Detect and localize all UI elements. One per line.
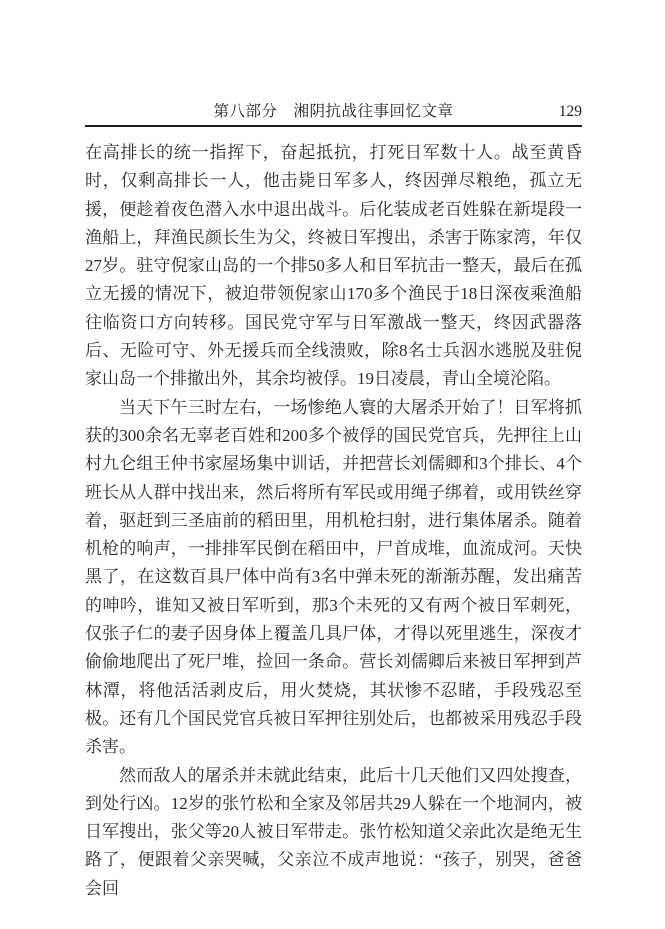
running-header: 第八部分 湘阴抗战往事回忆文章 129 [85, 100, 582, 124]
book-page: 第八部分 湘阴抗战往事回忆文章 129 在高排长的统一指挥下，奋起抵抗，打死日军… [0, 0, 665, 929]
body-paragraph: 然而敌人的屠杀并未就此结束，此后十几天他们又四处搜查，到处行凶。12岁的张竹松和… [85, 762, 582, 903]
header-rule [85, 125, 582, 127]
section-title: 第八部分 湘阴抗战往事回忆文章 [213, 103, 453, 120]
body-paragraph: 当天下午三时左右，一场惨绝人寰的大屠杀开始了！日军将抓获的300余名无辜老百姓和… [85, 394, 582, 762]
body-text: 在高排长的统一指挥下，奋起抵抗，打死日军数十人。战至黄昏时，仅剩高排长一人，他击… [85, 139, 582, 903]
body-paragraph: 在高排长的统一指挥下，奋起抵抗，打死日军数十人。战至黄昏时，仅剩高排长一人，他击… [85, 139, 582, 394]
page-number: 129 [559, 100, 582, 124]
